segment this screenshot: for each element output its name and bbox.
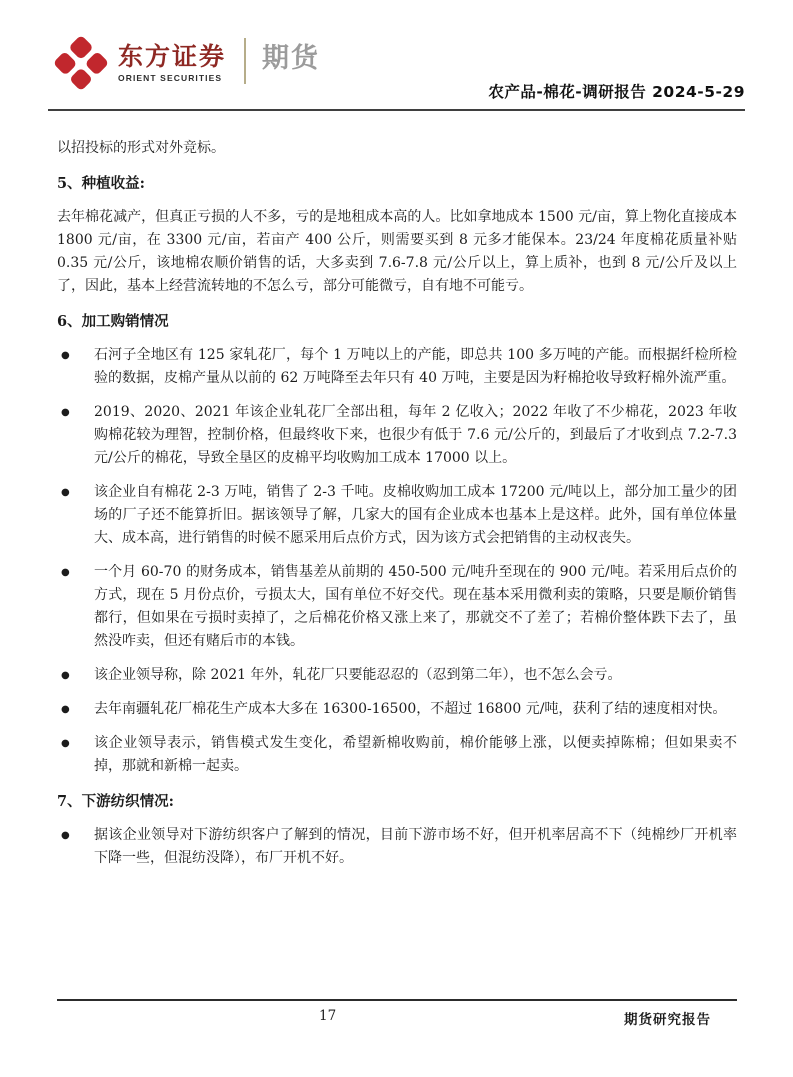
brand-text: 东方证券 ORIENT SECURITIES (118, 43, 226, 83)
section-6-heading: 6、加工购销情况 (57, 310, 737, 333)
list-item: ● 一个月 60-70 的财务成本，销售基差从前期的 450-500 元/吨升至… (57, 561, 737, 653)
list-item-text: 去年南疆轧花厂棉花生产成本大多在 16300-16500，不超过 16800 元… (94, 698, 737, 721)
section-5-heading: 5、种植收益: (57, 172, 737, 195)
bullet-icon: ● (57, 824, 94, 870)
list-item-text: 一个月 60-70 的财务成本，销售基差从前期的 450-500 元/吨升至现在… (94, 561, 737, 653)
section-5-paragraph: 去年棉花减产，但真正亏损的人不多，亏的是地租成本高的人。比如拿地成本 1500 … (57, 206, 737, 298)
page-header: 东方证券 ORIENT SECURITIES 期货 农产品-棉花-调研报告 20… (48, 0, 745, 111)
section-7-heading: 7、下游纺织情况: (57, 790, 737, 813)
list-item-text: 该企业自有棉花 2-3 万吨，销售了 2-3 千吨。皮棉收购加工成本 17200… (94, 481, 737, 550)
list-item-text: 该企业领导称，除 2021 年外，轧花厂只要能忍忍的（忍到第二年），也不怎么会亏… (94, 664, 737, 687)
bullet-icon: ● (57, 481, 94, 550)
bullet-icon: ● (57, 698, 94, 721)
orient-securities-logo-icon (54, 36, 108, 90)
list-item: ● 该企业自有棉花 2-3 万吨，销售了 2-3 千吨。皮棉收购加工成本 172… (57, 481, 737, 550)
document-body: 以招投标的形式对外竞标。 5、种植收益: 去年棉花减产，但真正亏损的人不多，亏的… (57, 111, 737, 881)
logo-divider (244, 38, 246, 84)
list-item-text: 该企业领导表示，销售模式发生变化，希望新棉收购前，棉价能够上涨，以便卖掉陈棉；但… (94, 732, 737, 778)
list-item: ● 该企业领导称，除 2021 年外，轧花厂只要能忍忍的（忍到第二年），也不怎么… (57, 664, 737, 687)
list-item-text: 石河子全地区有 125 家轧花厂，每个 1 万吨以上的产能，即总共 100 多万… (94, 344, 737, 390)
orient-securities-logo: 东方证券 ORIENT SECURITIES 期货 (54, 36, 320, 90)
bullet-icon: ● (57, 732, 94, 778)
report-type-label: 期货研究报告 (624, 1008, 711, 1028)
list-item: ● 2019、2020、2021 年该企业轧花厂全部出租，每年 2 亿收入；20… (57, 401, 737, 470)
report-page: 东方证券 ORIENT SECURITIES 期货 农产品-棉花-调研报告 20… (0, 0, 793, 1077)
bullet-icon: ● (57, 344, 94, 390)
list-item: ● 石河子全地区有 125 家轧花厂，每个 1 万吨以上的产能，即总共 100 … (57, 344, 737, 390)
business-unit-label: 期货 (262, 36, 320, 75)
list-item-text: 2019、2020、2021 年该企业轧花厂全部出租，每年 2 亿收入；2022… (94, 401, 737, 470)
bullet-icon: ● (57, 401, 94, 470)
brand-name-en: ORIENT SECURITIES (118, 73, 226, 83)
list-item-text: 据该企业领导对下游纺织客户了解到的情况，目前下游市场不好，但开机率居高不下（纯棉… (94, 824, 737, 870)
list-item: ● 该企业领导表示，销售模式发生变化，希望新棉收购前，棉价能够上涨，以便卖掉陈棉… (57, 732, 737, 778)
intro-paragraph: 以招投标的形式对外竞标。 (57, 137, 737, 160)
bullet-icon: ● (57, 561, 94, 653)
page-footer: 17 期货研究报告 (57, 999, 737, 1039)
list-item: ● 去年南疆轧花厂棉花生产成本大多在 16300-16500，不超过 16800… (57, 698, 737, 721)
brand-name-cn: 东方证券 (118, 43, 226, 70)
list-item: ● 据该企业领导对下游纺织客户了解到的情况，目前下游市场不好，但开机率居高不下（… (57, 824, 737, 870)
bullet-icon: ● (57, 664, 94, 687)
page-number: 17 (319, 1008, 336, 1024)
report-title: 农产品-棉花-调研报告 2024-5-29 (488, 80, 745, 102)
